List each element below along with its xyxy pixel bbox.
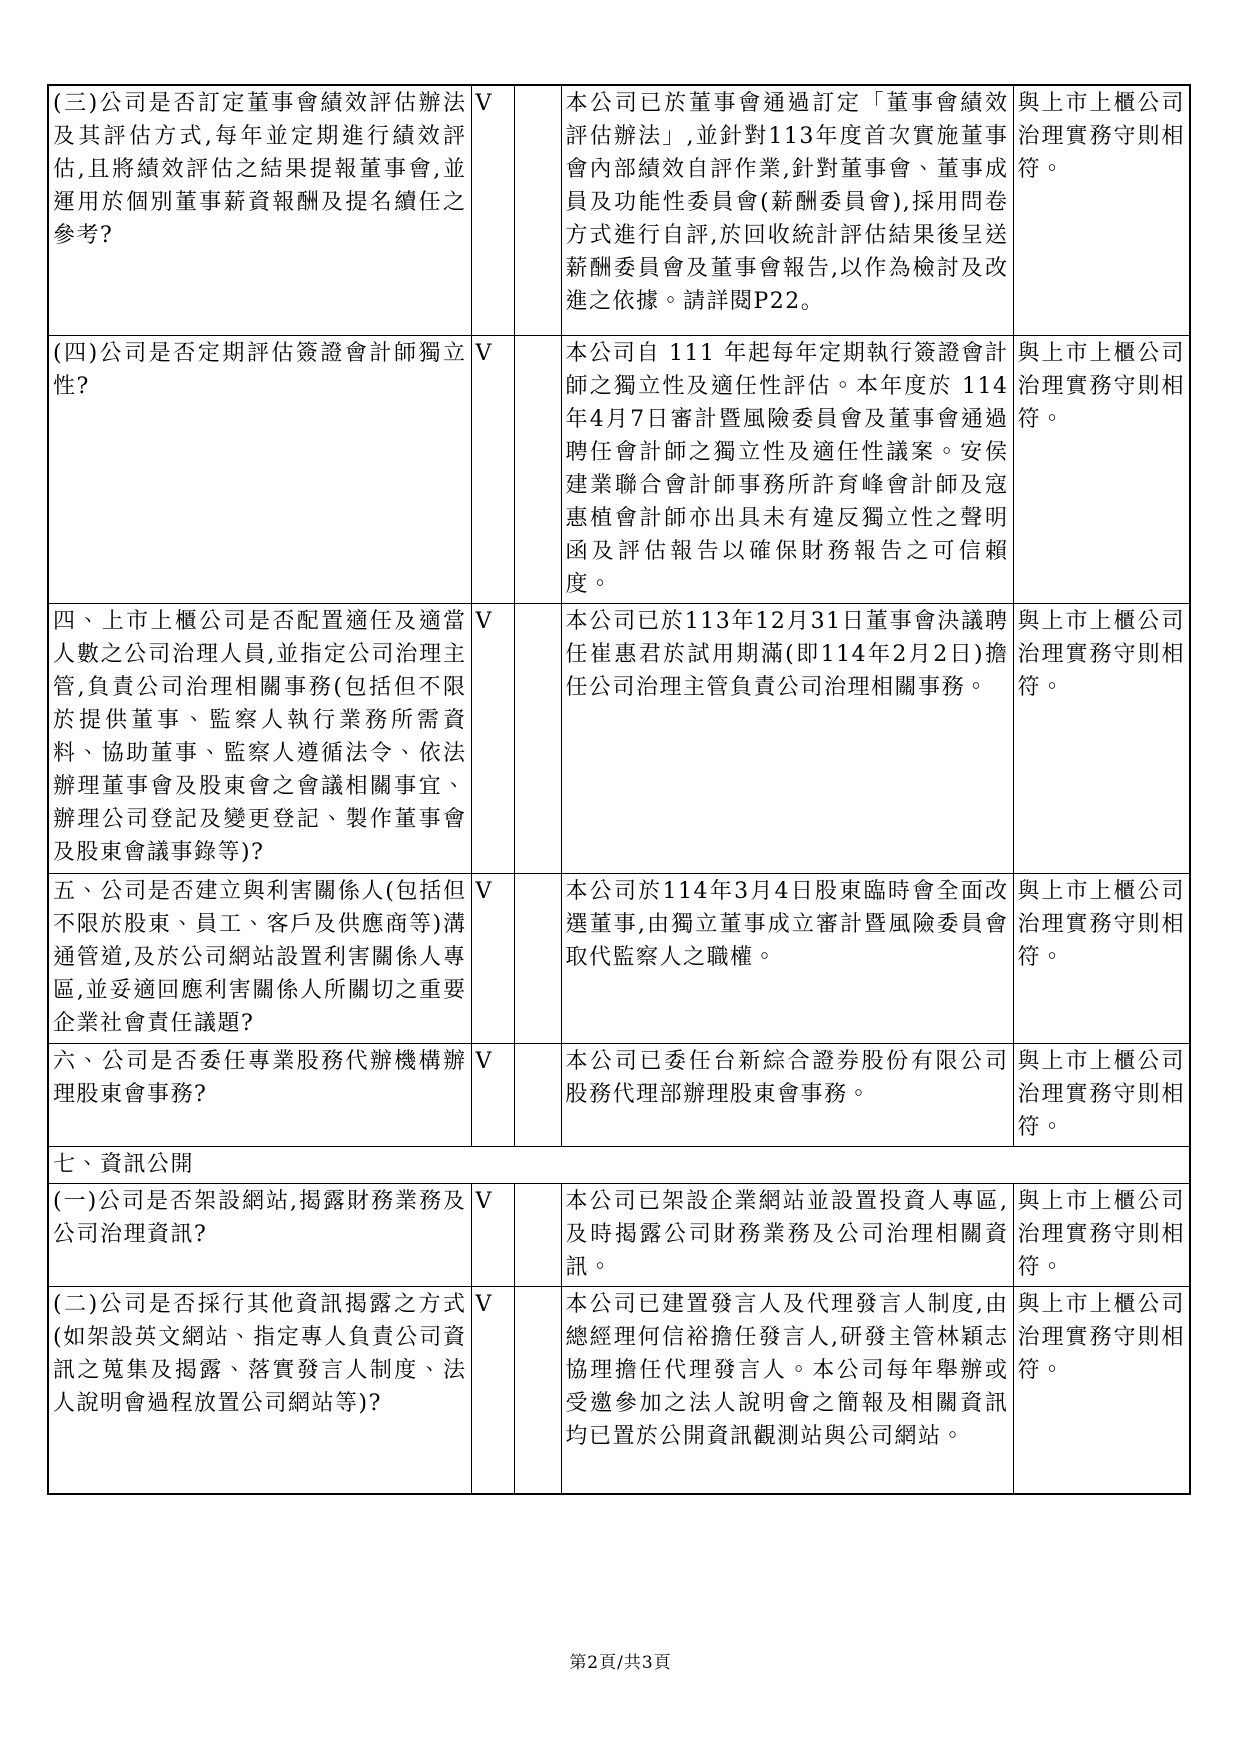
table-row: 四、上市上櫃公司是否配置適任及適當人數之公司治理人員,並指定公司治理主管,負責公… — [48, 603, 1190, 873]
description-cell: 本公司自 111 年起每年定期執行簽證會計師之獨立性及適任性評估。本年度於 11… — [561, 335, 1013, 603]
yes-mark-cell: V — [471, 85, 514, 335]
table-row: (二)公司是否採行其他資訊揭露之方式(如架設英文網站、指定專人負責公司資訊之蒐集… — [48, 1286, 1190, 1494]
table-row: 六、公司是否委任專業股務代辦機構辦理股東會事務? V 本公司已委任台新綜合證券股… — [48, 1043, 1190, 1146]
yes-mark-cell: V — [471, 1286, 514, 1494]
yes-mark-cell: V — [471, 1043, 514, 1146]
description-cell: 本公司已於董事會通過訂定「董事會績效評估辦法」,並針對113年度首次實施董事會內… — [561, 85, 1013, 335]
question-cell: (一)公司是否架設網站,揭露財務業務及公司治理資訊? — [48, 1183, 471, 1286]
deviation-cell: 與上市上櫃公司治理實務守則相符。 — [1013, 603, 1190, 873]
question-cell: 六、公司是否委任專業股務代辦機構辦理股東會事務? — [48, 1043, 471, 1146]
yes-mark-cell: V — [471, 603, 514, 873]
question-cell: 五、公司是否建立與利害關係人(包括但不限於股東、員工、客戶及供應商等)溝通管道,… — [48, 873, 471, 1043]
no-mark-cell — [514, 603, 561, 873]
deviation-cell: 與上市上櫃公司治理實務守則相符。 — [1013, 873, 1190, 1043]
table-row: (一)公司是否架設網站,揭露財務業務及公司治理資訊? V 本公司已架設企業網站並… — [48, 1183, 1190, 1286]
table-row: (四)公司是否定期評估簽證會計師獨立性? V 本公司自 111 年起每年定期執行… — [48, 335, 1190, 603]
table-row: (三)公司是否訂定董事會績效評估辦法及其評估方式,每年並定期進行績效評估,且將績… — [48, 85, 1190, 335]
deviation-cell: 與上市上櫃公司治理實務守則相符。 — [1013, 1043, 1190, 1146]
section-row: 七、資訊公開 — [48, 1146, 1190, 1183]
section-title: 七、資訊公開 — [48, 1146, 1190, 1183]
deviation-cell: 與上市上櫃公司治理實務守則相符。 — [1013, 1183, 1190, 1286]
no-mark-cell — [514, 335, 561, 603]
question-cell: (二)公司是否採行其他資訊揭露之方式(如架設英文網站、指定專人負責公司資訊之蒐集… — [48, 1286, 471, 1494]
page-footer: 第2頁/共3頁 — [0, 1648, 1241, 1673]
table-row: 五、公司是否建立與利害關係人(包括但不限於股東、員工、客戶及供應商等)溝通管道,… — [48, 873, 1190, 1043]
description-cell: 本公司於114年3月4日股東臨時會全面改選董事,由獨立董事成立審計暨風險委員會取… — [561, 873, 1013, 1043]
yes-mark-cell: V — [471, 873, 514, 1043]
governance-assessment-table: (三)公司是否訂定董事會績效評估辦法及其評估方式,每年並定期進行績效評估,且將績… — [47, 84, 1191, 1495]
no-mark-cell — [514, 873, 561, 1043]
deviation-cell: 與上市上櫃公司治理實務守則相符。 — [1013, 1286, 1190, 1494]
description-cell: 本公司已建置發言人及代理發言人制度,由總經理何信裕擔任發言人,研發主管林穎志協理… — [561, 1286, 1013, 1494]
question-cell: (三)公司是否訂定董事會績效評估辦法及其評估方式,每年並定期進行績效評估,且將績… — [48, 85, 471, 335]
no-mark-cell — [514, 1286, 561, 1494]
yes-mark-cell: V — [471, 1183, 514, 1286]
no-mark-cell — [514, 1183, 561, 1286]
no-mark-cell — [514, 85, 561, 335]
description-cell: 本公司已架設企業網站並設置投資人專區,及時揭露公司財務業務及公司治理相關資訊。 — [561, 1183, 1013, 1286]
question-cell: (四)公司是否定期評估簽證會計師獨立性? — [48, 335, 471, 603]
description-cell: 本公司已委任台新綜合證券股份有限公司股務代理部辦理股東會事務。 — [561, 1043, 1013, 1146]
question-cell: 四、上市上櫃公司是否配置適任及適當人數之公司治理人員,並指定公司治理主管,負責公… — [48, 603, 471, 873]
document-page: (三)公司是否訂定董事會績效評估辦法及其評估方式,每年並定期進行績效評估,且將績… — [0, 0, 1241, 1755]
yes-mark-cell: V — [471, 335, 514, 603]
description-cell: 本公司已於113年12月31日董事會決議聘任崔惠君於試用期滿(即114年2月2日… — [561, 603, 1013, 873]
deviation-cell: 與上市上櫃公司治理實務守則相符。 — [1013, 335, 1190, 603]
no-mark-cell — [514, 1043, 561, 1146]
deviation-cell: 與上市上櫃公司治理實務守則相符。 — [1013, 85, 1190, 335]
